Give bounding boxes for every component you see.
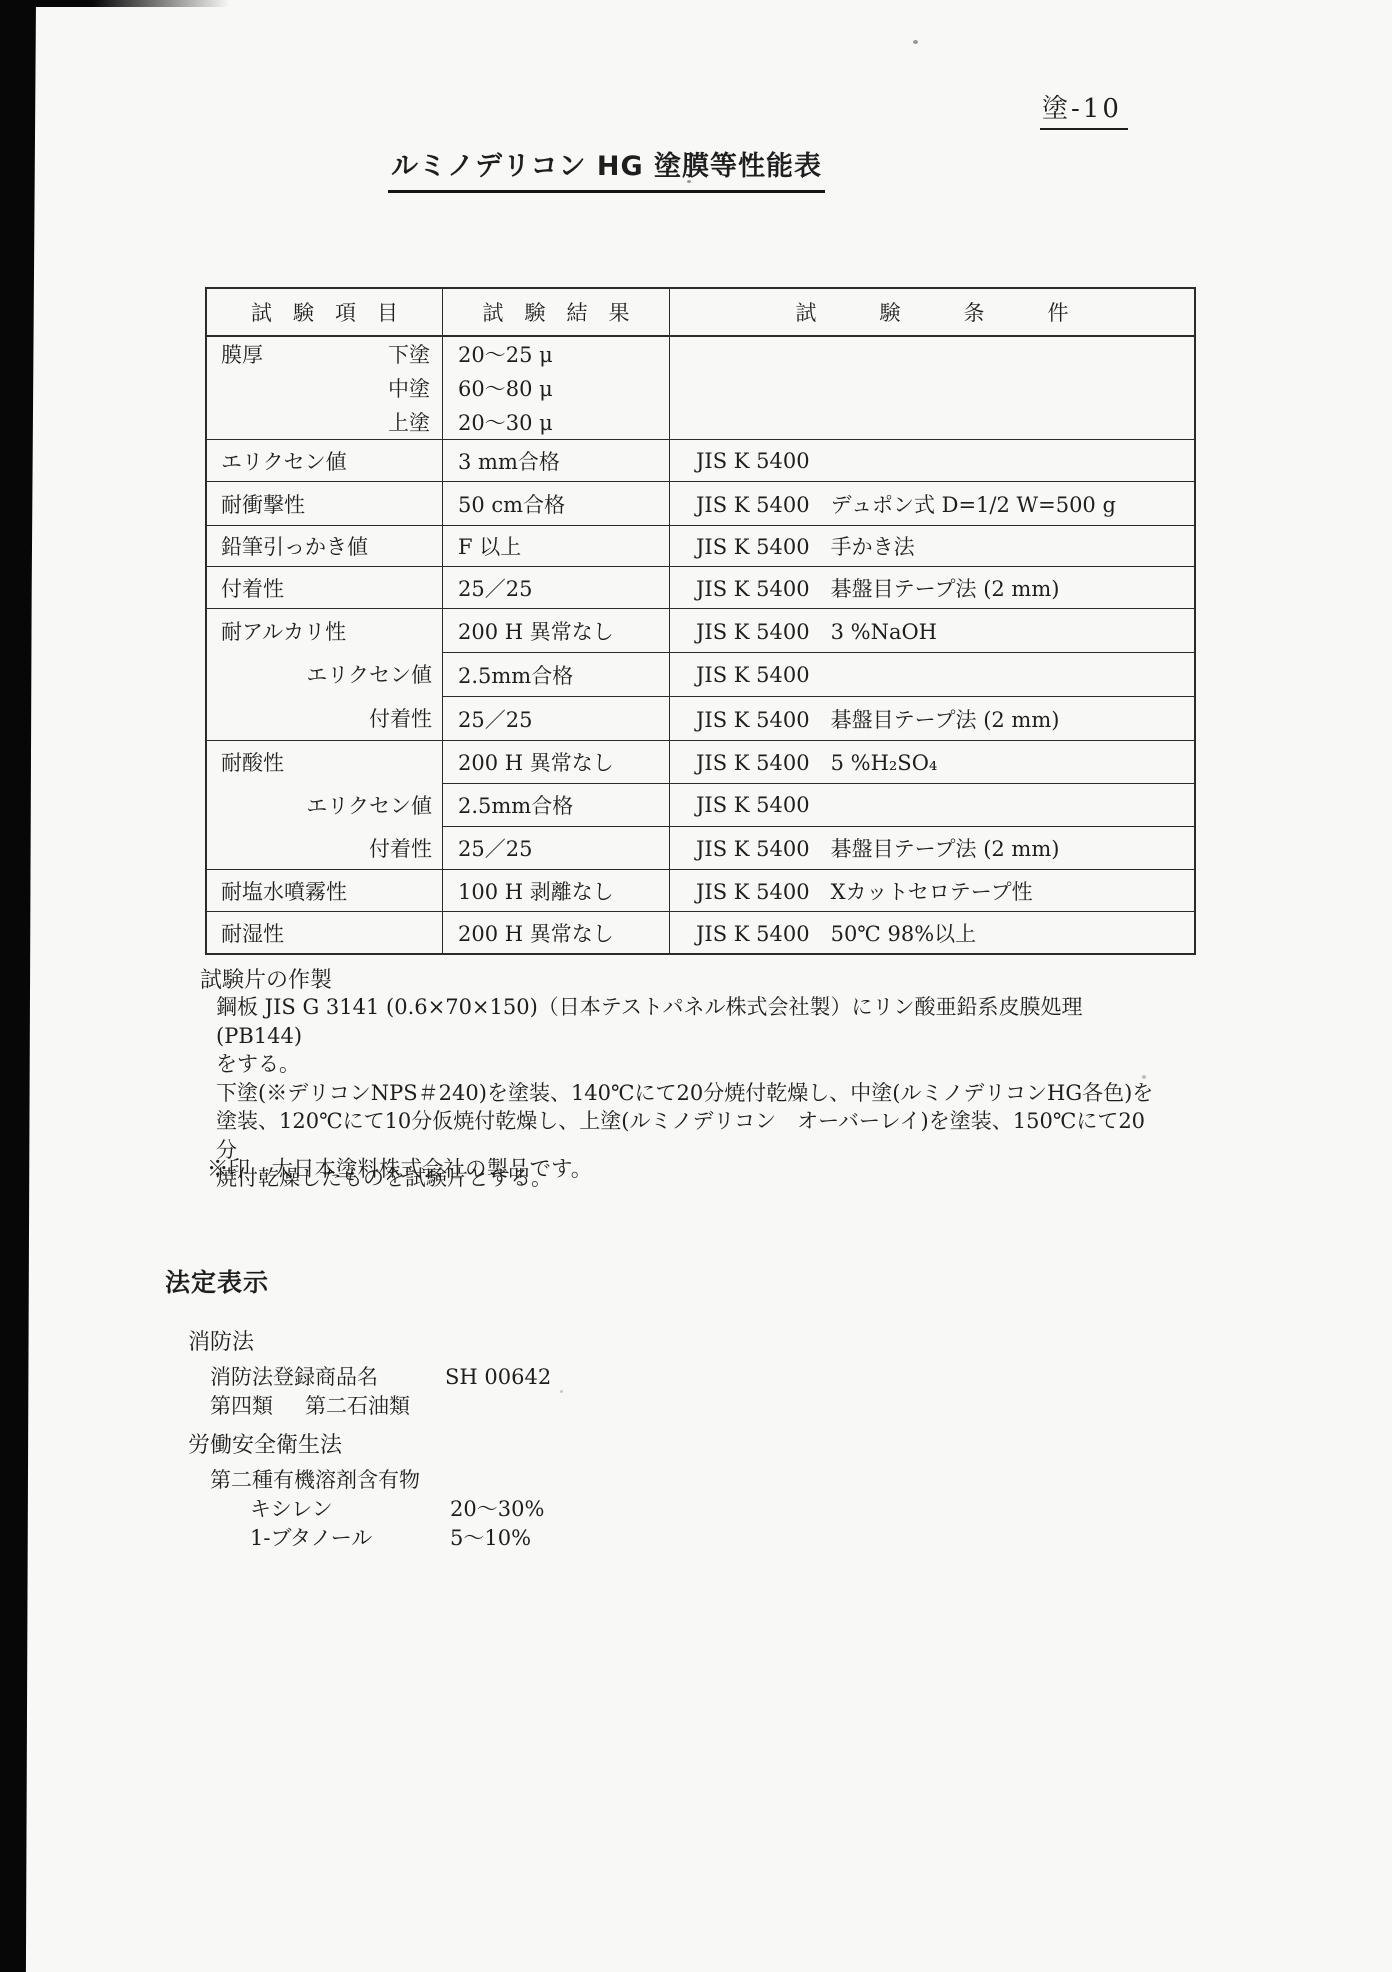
fire-law-product-value: SH 00642 <box>445 1363 551 1392</box>
specimen-line: をする。 <box>216 1050 1166 1079</box>
document-title: ルミノデリコン HG 塗膜等性能表 <box>388 144 825 193</box>
table-row: 耐衝撃性 50 cm合格 JIS K 5400 デュポン式 D=1/2 W=50… <box>207 481 1194 525</box>
solvent-value: 5～10% <box>450 1524 531 1553</box>
row-label: エリクセン値 <box>306 790 432 820</box>
table-row: 耐塩水噴霧性 100 H 剥離なし JIS K 5400 Xカットセロテープ性 <box>207 869 1194 911</box>
table-row: エリクセン値 2.5mm合格 JIS K 5400 <box>207 652 1194 696</box>
row-result: 100 H 剥離なし <box>442 869 669 911</box>
row-result: 20～25 μ <box>442 337 669 371</box>
row-condition <box>669 405 1194 439</box>
row-result: 2.5mm合格 <box>442 652 669 696</box>
table-row: 膜厚下塗 20～25 μ <box>207 337 1194 371</box>
row-result: F 以上 <box>442 525 669 566</box>
row-label: 耐衝撃性 <box>221 489 305 519</box>
fire-law-product-row: 消防法登録商品名 SH 00642 <box>210 1363 551 1392</box>
table-row: 鉛筆引っかき値 F 以上 JIS K 5400 手かき法 <box>207 525 1194 566</box>
fire-law-class-label: 第四類 <box>210 1392 305 1421</box>
row-result: 25／25 <box>442 826 669 869</box>
scan-speck <box>560 1390 563 1393</box>
fire-law-class-value: 第二石油類 <box>305 1392 410 1421</box>
row-condition: JIS K 5400 碁盤目テープ法 (2 mm) <box>669 696 1194 740</box>
fire-law-class-row: 第四類 第二石油類 <box>210 1392 551 1421</box>
table-row: エリクセン値 3 mm合格 JIS K 5400 <box>207 439 1194 481</box>
table-row: 上塗 20～30 μ <box>207 405 1194 439</box>
safety-law-category-row: 第二種有機溶剤含有物 <box>210 1466 544 1495</box>
row-result: 200 H 異常なし <box>442 608 669 652</box>
row-result: 50 cm合格 <box>442 481 669 525</box>
fire-law-block: 消防法 消防法登録商品名 SH 00642 第四類 第二石油類 <box>188 1325 551 1421</box>
row-result: 25／25 <box>442 566 669 608</box>
solvent-item-row: 1-ブタノール 5～10% <box>250 1524 544 1553</box>
safety-law-name: 労働安全衛生法 <box>188 1428 544 1459</box>
row-condition: JIS K 5400 <box>669 439 1194 481</box>
row-condition: JIS K 5400 5 %H₂SO₄ <box>669 740 1194 783</box>
row-condition: JIS K 5400 <box>669 783 1194 826</box>
fire-law-name: 消防法 <box>188 1325 551 1356</box>
table-row: 耐湿性 200 H 異常なし JIS K 5400 50℃ 98%以上 <box>207 911 1194 953</box>
scanned-document-page: 塗-10 ルミノデリコン HG 塗膜等性能表 試 験 項 目 試 験 結 果 試… <box>0 0 1392 1972</box>
row-result: 200 H 異常なし <box>442 740 669 783</box>
table-row: 付着性 25／25 JIS K 5400 碁盤目テープ法 (2 mm) <box>207 696 1194 740</box>
row-label: 耐アルカリ性 <box>221 616 346 646</box>
row-condition: JIS K 5400 50℃ 98%以上 <box>669 911 1194 953</box>
row-sublabel: 中塗 <box>388 373 442 403</box>
specimen-heading: 試験片の作製 <box>200 963 332 994</box>
table-row: 付着性 25／25 JIS K 5400 碁盤目テープ法 (2 mm) <box>207 826 1194 869</box>
row-label: エリクセン値 <box>221 446 347 476</box>
row-condition <box>669 371 1194 405</box>
row-label: 付着性 <box>369 703 432 733</box>
row-label: 付着性 <box>221 573 284 603</box>
table-row: 付着性 25／25 JIS K 5400 碁盤目テープ法 (2 mm) <box>207 566 1194 608</box>
row-label: 鉛筆引っかき値 <box>221 531 368 561</box>
table-row: エリクセン値 2.5mm合格 JIS K 5400 <box>207 783 1194 826</box>
row-condition: JIS K 5400 碁盤目テープ法 (2 mm) <box>669 566 1194 608</box>
row-condition: JIS K 5400 手かき法 <box>669 525 1194 566</box>
legal-section-heading: 法定表示 <box>165 1263 269 1299</box>
row-result: 25／25 <box>442 696 669 740</box>
solvent-name: キシレン <box>250 1495 450 1524</box>
row-sublabel: 下塗 <box>388 339 442 369</box>
performance-table: 試 験 項 目 試 験 結 果 試 験 条 件 膜厚下塗 20～25 μ 中塗 … <box>205 287 1196 955</box>
row-label: エリクセン値 <box>306 659 432 689</box>
row-condition: JIS K 5400 <box>669 652 1194 696</box>
specimen-line: 下塗(※デリコンNPS＃240)を塗装、140℃にて20分焼付乾燥し、中塗(ルミ… <box>216 1079 1166 1108</box>
table-row: 耐酸性 200 H 異常なし JIS K 5400 5 %H₂SO₄ <box>207 740 1194 783</box>
table-row: 中塗 60～80 μ <box>207 371 1194 405</box>
row-label: 耐酸性 <box>221 747 284 777</box>
table-header-row: 試 験 項 目 試 験 結 果 試 験 条 件 <box>207 289 1194 337</box>
row-label: 膜厚 <box>221 339 263 369</box>
row-result: 200 H 異常なし <box>442 911 669 953</box>
row-condition: JIS K 5400 3 %NaOH <box>669 608 1194 652</box>
solvent-name: 1-ブタノール <box>250 1524 450 1553</box>
row-condition: JIS K 5400 デュポン式 D=1/2 W=500 g <box>669 481 1194 525</box>
solvent-value: 20～30% <box>450 1495 544 1524</box>
header-test-condition: 試 験 条 件 <box>669 289 1194 335</box>
page-number: 塗-10 <box>1040 88 1128 130</box>
header-test-item: 試 験 項 目 <box>207 289 442 335</box>
safety-law-block: 労働安全衛生法 第二種有機溶剤含有物 キシレン 20～30% 1-ブタノール 5… <box>188 1428 544 1553</box>
scan-speck <box>913 40 918 44</box>
footnote: ※印 大日本塗料株式会社の製品です。 <box>207 1152 592 1183</box>
header-test-result: 試 験 結 果 <box>442 289 669 335</box>
row-label: 付着性 <box>369 833 432 863</box>
scan-artifact-left-bar <box>0 0 36 1972</box>
row-result: 2.5mm合格 <box>442 783 669 826</box>
row-condition <box>669 337 1194 371</box>
fire-law-product-label: 消防法登録商品名 <box>210 1363 445 1392</box>
row-result: 60～80 μ <box>442 371 669 405</box>
row-result: 20～30 μ <box>442 405 669 439</box>
solvent-item-row: キシレン 20～30% <box>250 1495 544 1524</box>
row-result: 3 mm合格 <box>442 439 669 481</box>
table-row: 耐アルカリ性 200 H 異常なし JIS K 5400 3 %NaOH <box>207 608 1194 652</box>
row-label: 耐塩水噴霧性 <box>221 876 347 906</box>
specimen-line: 鋼板 JIS G 3141 (0.6×70×150)（日本テストパネル株式会社製… <box>216 993 1166 1050</box>
row-condition: JIS K 5400 Xカットセロテープ性 <box>669 869 1194 911</box>
scan-artifact-top-smear <box>0 0 230 7</box>
row-condition: JIS K 5400 碁盤目テープ法 (2 mm) <box>669 826 1194 869</box>
row-sublabel: 上塗 <box>388 407 442 437</box>
safety-law-category: 第二種有機溶剤含有物 <box>210 1466 420 1495</box>
row-label: 耐湿性 <box>221 918 284 948</box>
